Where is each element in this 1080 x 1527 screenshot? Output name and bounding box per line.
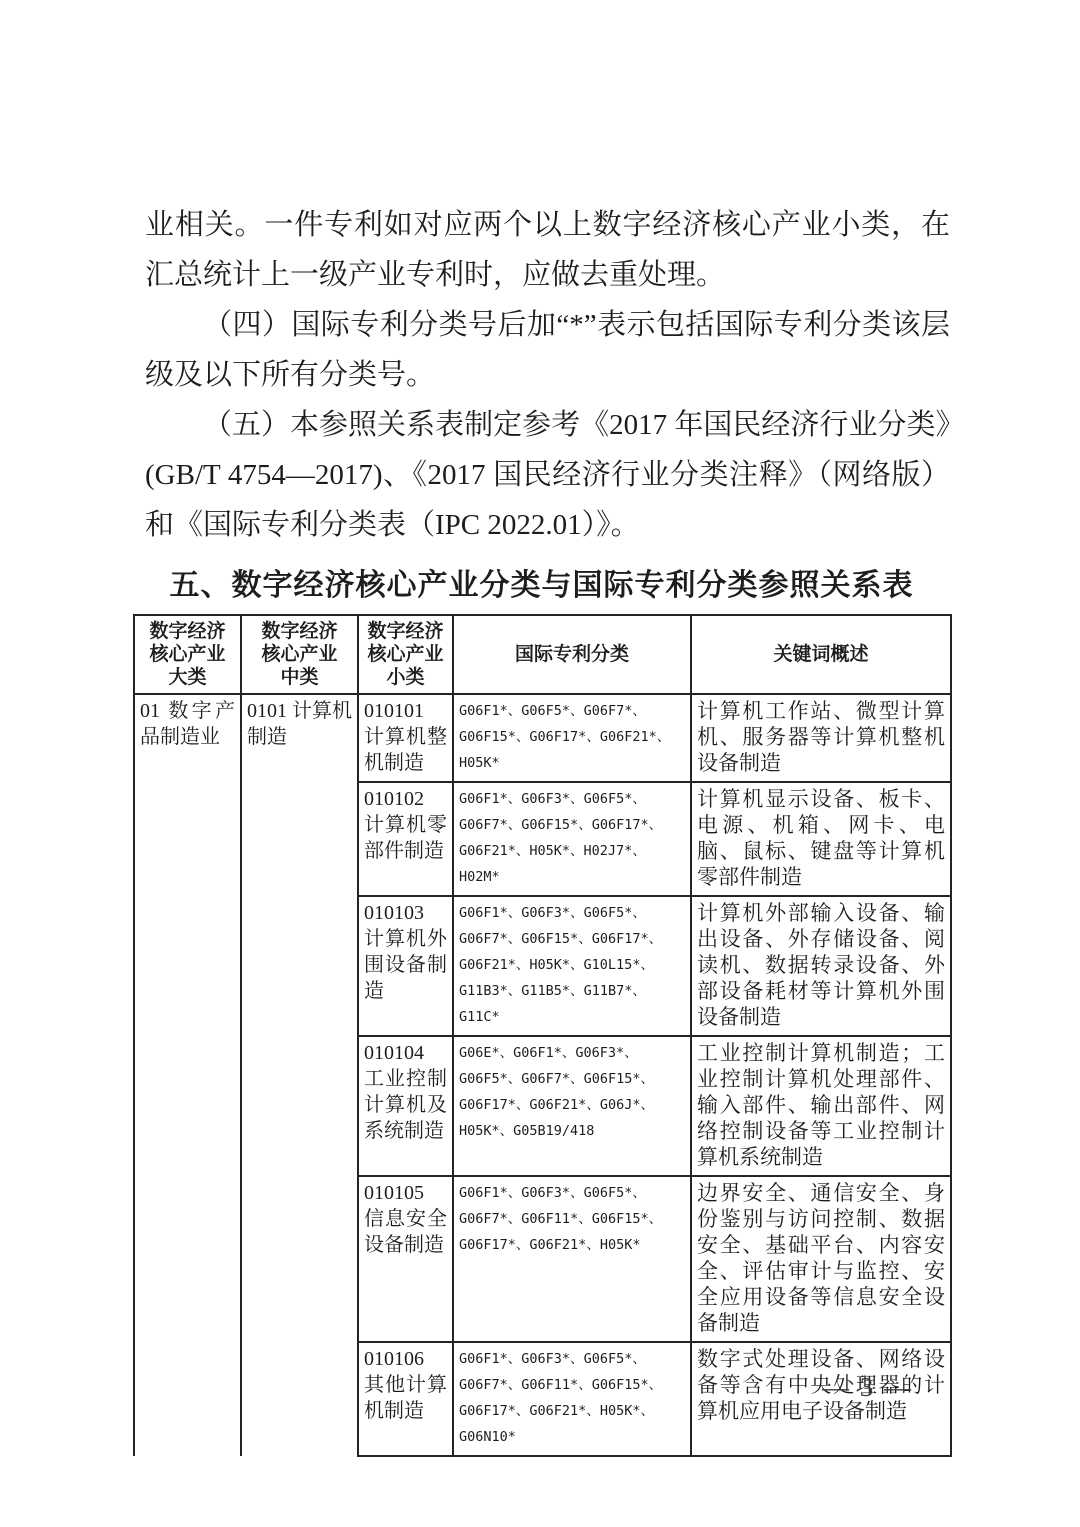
ipc-code: H05K* [529, 957, 570, 973]
sub-class-cell: 010106 其他计算机制造 [358, 1342, 453, 1456]
ipc-code: G06F5* [584, 905, 633, 921]
ipc-code: G06F3* [521, 1351, 570, 1367]
page-content: 业相关。一件专利如对应两个以上数字经济核心产业小类，在汇总统计上一级产业专利时，… [133, 200, 950, 1457]
ipc-code: G06F1* [459, 791, 508, 807]
ipc-code: G06F21* [600, 729, 657, 745]
ipc-code: G11B3* [459, 983, 508, 999]
ipc-cell: G06F1*、G06F3*、G06F5*、G06F7*、G06F11*、G06F… [453, 1342, 691, 1456]
classification-reference-table: 数字经济 核心产业 大类 数字经济 核心产业 中类 数字经济 核心产业 小类 国… [133, 614, 952, 1457]
ipc-code: H02M* [459, 869, 500, 885]
ipc-code: G06F21* [529, 1403, 586, 1419]
ipc-code: H05K* [600, 1403, 641, 1419]
ipc-code: G06F1* [459, 1185, 508, 1201]
sub-class-cell: 010103 计算机外围设备制造 [358, 896, 453, 1036]
ipc-code: G06F7* [584, 703, 633, 719]
ipc-code: G06F7* [459, 1211, 508, 1227]
table-header-row: 数字经济 核心产业 大类 数字经济 核心产业 中类 数字经济 核心产业 小类 国… [134, 615, 951, 694]
ipc-code: G06F1* [459, 703, 508, 719]
paragraph: 业相关。一件专利如对应两个以上数字经济核心产业小类，在汇总统计上一级产业专利时，… [145, 200, 950, 300]
ipc-code: H05K* [459, 1123, 500, 1139]
ipc-code: G06F21* [529, 1237, 586, 1253]
sub-class-cell: 010105 信息安全设备制造 [358, 1176, 453, 1342]
ipc-code: G06F15* [459, 729, 516, 745]
ipc-code: G06N10* [459, 1429, 516, 1445]
sub-class-cell: 010104 工业控制计算机及系统制造 [358, 1036, 453, 1176]
ipc-code: G06F3* [575, 1045, 624, 1061]
ipc-code: G06F7* [459, 817, 508, 833]
ipc-code: G06F21* [459, 843, 516, 859]
table-body: 01 数字产品制造业0101 计算机制造010101 计算机整机制造G06F1*… [134, 694, 951, 1456]
ipc-code: G06F21* [459, 957, 516, 973]
keywords-cell: 工业控制计算机制造；工业控制计算机处理部件、输入部件、输出部件、网络控制设备等工… [691, 1036, 951, 1176]
ipc-code: G06F1* [459, 1351, 508, 1367]
ipc-code: G06F5* [459, 1071, 508, 1087]
ipc-code: G06F3* [521, 1185, 570, 1201]
ipc-code: G06F7* [521, 1071, 570, 1087]
ipc-code: G06F15* [592, 1211, 649, 1227]
ipc-code: G06F5* [584, 1185, 633, 1201]
ipc-code: G06F15* [592, 1377, 649, 1393]
body-paragraphs: 业相关。一件专利如对应两个以上数字经济核心产业小类，在汇总统计上一级产业专利时，… [145, 200, 950, 550]
ipc-code: G06F1* [459, 905, 508, 921]
ipc-code: G11C* [459, 1009, 500, 1025]
ipc-code: G06F17* [459, 1097, 516, 1113]
ipc-code: G06F17* [592, 931, 649, 947]
ipc-code: G06F7* [459, 1377, 508, 1393]
keywords-cell: 计算机显示设备、板卡、电源、机箱、网卡、电脑、鼠标、键盘等计算机零部件制造 [691, 782, 951, 896]
table-header: 数字经济 核心产业 大类 数字经济 核心产业 中类 数字经济 核心产业 小类 国… [134, 615, 951, 694]
ipc-code: G05B19/418 [513, 1123, 594, 1139]
ipc-code: G06F17* [592, 817, 649, 833]
sub-class-cell: 010102 计算机零部件制造 [358, 782, 453, 896]
ipc-code: G06F17* [459, 1403, 516, 1419]
page-number: — 3 — [822, 1372, 913, 1403]
major-class-cell: 01 数字产品制造业 [134, 694, 241, 1456]
ipc-code: G06F15* [584, 1071, 641, 1087]
ipc-code: G06F3* [521, 905, 570, 921]
ipc-code: H05K* [600, 1237, 641, 1253]
ipc-code: G06F15* [521, 931, 578, 947]
ipc-cell: G06E*、G06F1*、G06F3*、G06F5*、G06F7*、G06F15… [453, 1036, 691, 1176]
ipc-cell: G06F1*、G06F5*、G06F7*、G06F15*、G06F17*、G06… [453, 694, 691, 782]
table-row: 01 数字产品制造业0101 计算机制造010101 计算机整机制造G06F1*… [134, 694, 951, 782]
header-middle-class: 数字经济 核心产业 中类 [241, 615, 358, 694]
ipc-code: H05K* [459, 755, 500, 771]
ipc-code: G06F17* [529, 729, 586, 745]
ipc-code: G06F17* [459, 1237, 516, 1253]
ipc-code: G11B5* [521, 983, 570, 999]
keywords-cell: 计算机外部输入设备、输出设备、外存储设备、阅读机、数据转录设备、外部设备耗材等计… [691, 896, 951, 1036]
ipc-code: G06F7* [459, 931, 508, 947]
ipc-code: H02J7* [584, 843, 633, 859]
ipc-code: G10L15* [584, 957, 641, 973]
paragraph: （五）本参照关系表制定参考《2017 年国民经济行业分类》(GB/T 4754—… [145, 400, 950, 550]
ipc-code: G06F21* [529, 1097, 586, 1113]
header-keywords: 关键词概述 [691, 615, 951, 694]
paragraph: （四）国际专利分类号后加“*”表示包括国际专利分类该层级及以下所有分类号。 [145, 300, 950, 400]
ipc-cell: G06F1*、G06F3*、G06F5*、G06F7*、G06F15*、G06F… [453, 896, 691, 1036]
middle-class-cell: 0101 计算机制造 [241, 694, 358, 1456]
ipc-code: G06J* [600, 1097, 641, 1113]
ipc-code: G06F11* [521, 1211, 578, 1227]
ipc-code: G06F5* [584, 791, 633, 807]
sub-class-cell: 010101 计算机整机制造 [358, 694, 453, 782]
ipc-code: G06F5* [584, 1351, 633, 1367]
ipc-code: G11B7* [584, 983, 633, 999]
document-page: 业相关。一件专利如对应两个以上数字经济核心产业小类，在汇总统计上一级产业专利时，… [0, 0, 1080, 1527]
ipc-cell: G06F1*、G06F3*、G06F5*、G06F7*、G06F15*、G06F… [453, 782, 691, 896]
ipc-code: G06F11* [521, 1377, 578, 1393]
ipc-code: G06F5* [521, 703, 570, 719]
ipc-code: H05K* [529, 843, 570, 859]
section-title: 五、数字经济核心产业分类与国际专利分类参照关系表 [133, 560, 950, 604]
ipc-code: G06E* [459, 1045, 500, 1061]
ipc-code: G06F15* [521, 817, 578, 833]
keywords-cell: 边界安全、通信安全、身份鉴别与访问控制、数据安全、基础平台、内容安全、评估审计与… [691, 1176, 951, 1342]
header-major-class: 数字经济 核心产业 大类 [134, 615, 241, 694]
header-ipc: 国际专利分类 [453, 615, 691, 694]
header-sub-class: 数字经济 核心产业 小类 [358, 615, 453, 694]
ipc-cell: G06F1*、G06F3*、G06F5*、G06F7*、G06F11*、G06F… [453, 1176, 691, 1342]
ipc-code: G06F1* [513, 1045, 562, 1061]
ipc-code: G06F3* [521, 791, 570, 807]
keywords-cell: 计算机工作站、微型计算机、服务器等计算机整机设备制造 [691, 694, 951, 782]
